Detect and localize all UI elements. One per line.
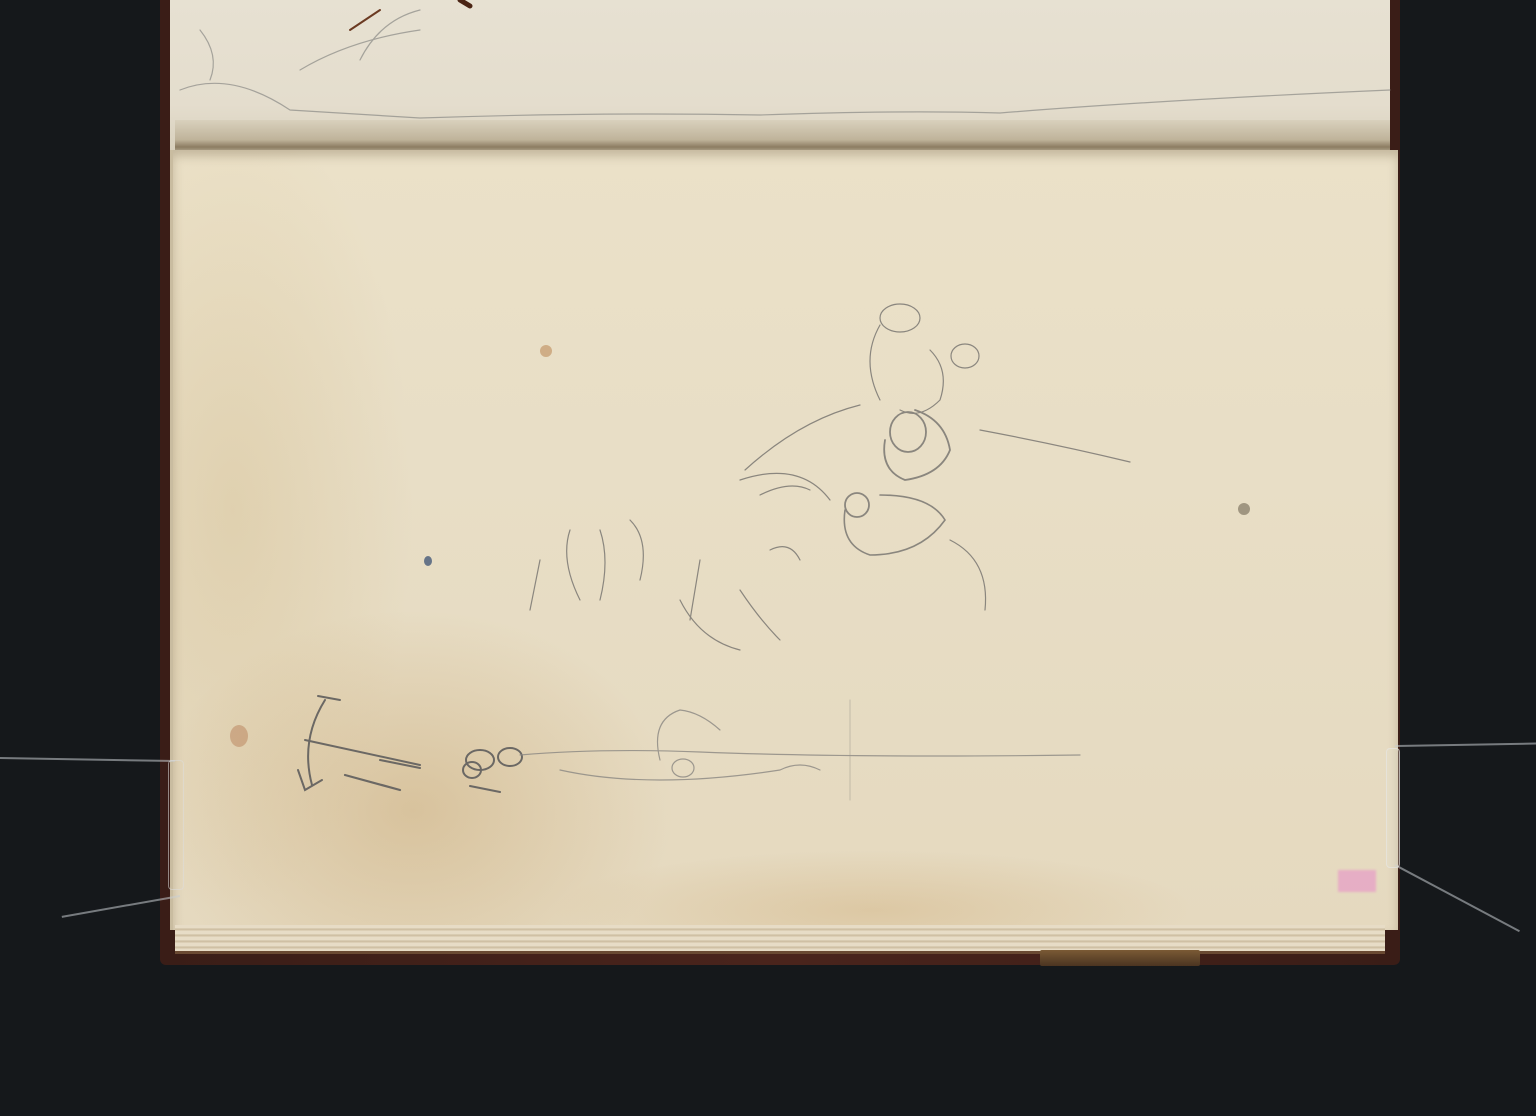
figure-group <box>530 304 1130 650</box>
left-clip <box>168 760 184 890</box>
anchor-and-rope <box>298 696 522 792</box>
right-clip <box>1386 748 1400 868</box>
pencil-sketches <box>0 0 1536 1116</box>
upper-page-sketch <box>180 10 1390 118</box>
